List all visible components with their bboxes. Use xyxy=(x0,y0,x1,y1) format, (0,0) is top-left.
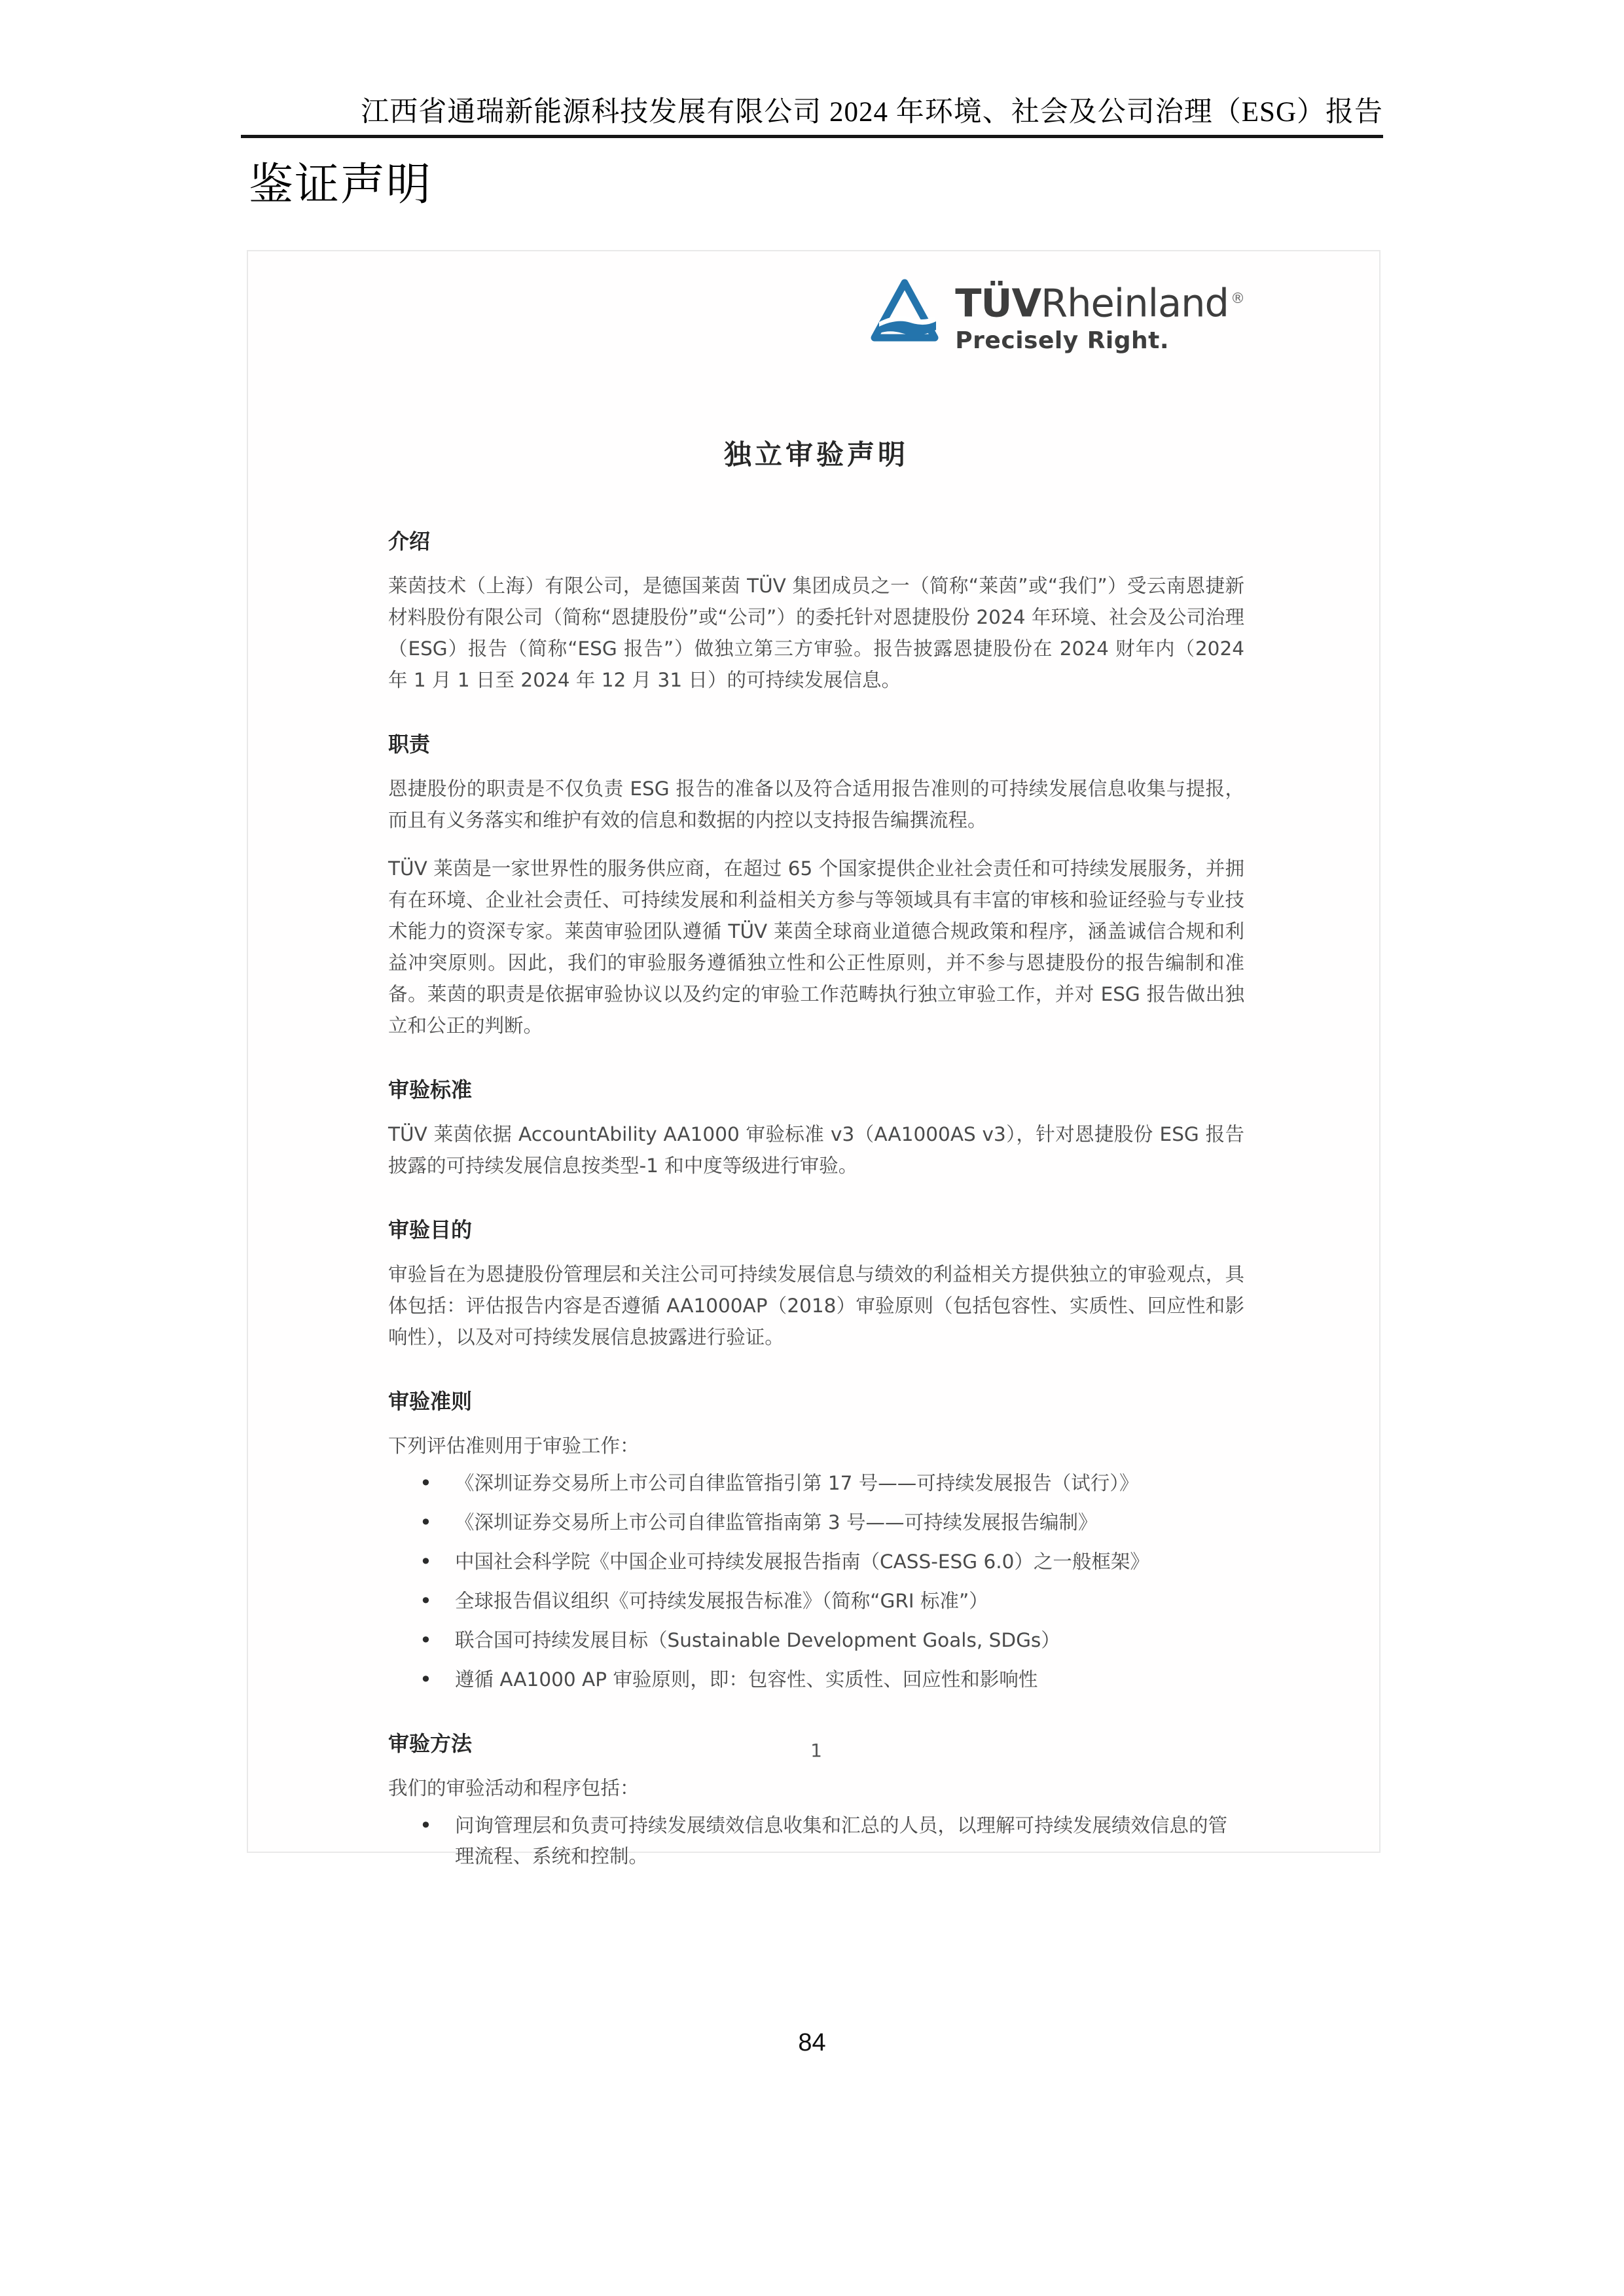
tuv-triangle-icon xyxy=(870,279,939,344)
report-header-title: 江西省通瑞新能源科技发展有限公司 2024 年环境、社会及公司治理（ESG）报告 xyxy=(241,96,1383,130)
list-item: 问询管理层和负责可持续发展绩效信息收集和汇总的人员，以理解可持续发展绩效信息的管… xyxy=(420,1810,1244,1872)
section-heading-assurance-objective: 审验目的 xyxy=(388,1217,1244,1243)
logo-brand-tuv: TÜV xyxy=(955,281,1041,326)
registered-mark: ® xyxy=(1231,291,1244,307)
logo-text-block: TÜVRheinland® Precisely Right. xyxy=(955,279,1244,355)
list-item: 中国社会科学院《中国企业可持续发展报告指南（CASS-ESG 6.0）之一般框架… xyxy=(420,1547,1244,1577)
statement-content: TÜVRheinland® Precisely Right. 独立审验声明 介绍… xyxy=(388,251,1244,1852)
page-title: 鉴证声明 xyxy=(249,149,432,213)
methodology-bullet-list: 问询管理层和负责可持续发展绩效信息收集和汇总的人员，以理解可持续发展绩效信息的管… xyxy=(388,1810,1244,1872)
section-paragraph: 莱茵技术（上海）有限公司，是德国莱茵 TÜV 集团成员之一（简称“莱茵”或“我们… xyxy=(388,570,1244,696)
list-item: 遵循 AA1000 AP 审验原则，即：包容性、实质性、回应性和影响性 xyxy=(420,1664,1244,1695)
logo-tagline: Precisely Right. xyxy=(955,327,1244,355)
section-paragraph: 审验旨在为恩捷股份管理层和关注公司可持续发展信息与绩效的利益相关方提供独立的审验… xyxy=(388,1259,1244,1353)
section-heading-responsibilities: 职责 xyxy=(388,731,1244,757)
section-paragraph: TÜV 莱茵是一家世界性的服务供应商，在超过 65 个国家提供企业社会责任和可持… xyxy=(388,853,1244,1041)
criteria-bullet-list: 《深圳证券交易所上市公司自律监管指引第 17 号——可持续发展报告（试行）》 《… xyxy=(388,1468,1244,1695)
list-item: 《深圳证券交易所上市公司自律监管指引第 17 号——可持续发展报告（试行）》 xyxy=(420,1468,1244,1499)
assurance-statement-document: TÜVRheinland® Precisely Right. 独立审验声明 介绍… xyxy=(247,250,1380,1853)
list-item: 全球报告倡议组织《可持续发展报告标准》（简称“GRI 标准”） xyxy=(420,1586,1244,1617)
embedded-page-number: 1 xyxy=(388,1735,1244,1767)
section-paragraph: 恩捷股份的职责是不仅负责 ESG 报告的准备以及符合适用报告准则的可持续发展信息… xyxy=(388,773,1244,836)
list-item: 《深圳证券交易所上市公司自律监管指南第 3 号——可持续发展报告编制》 xyxy=(420,1507,1244,1538)
section-heading-assurance-criteria: 审验准则 xyxy=(388,1388,1244,1414)
criteria-intro-line: 下列评估准则用于审验工作： xyxy=(388,1430,1244,1462)
section-heading-assurance-standard: 审验标准 xyxy=(388,1077,1244,1103)
tuv-rheinland-logo: TÜVRheinland® Precisely Right. xyxy=(388,251,1244,355)
section-paragraph: TÜV 莱茵依据 AccountAbility AA1000 审验标准 v3（A… xyxy=(388,1119,1244,1181)
header-divider xyxy=(241,135,1383,138)
list-item: 联合国可持续发展目标（Sustainable Development Goals… xyxy=(420,1625,1244,1656)
logo-brand-text: TÜVRheinland® xyxy=(955,279,1244,324)
report-page-number: 84 xyxy=(0,2029,1624,2057)
section-heading-introduction: 介绍 xyxy=(388,528,1244,554)
statement-title: 独立审验声明 xyxy=(388,439,1244,471)
methodology-intro-line: 我们的审验活动和程序包括： xyxy=(388,1772,1244,1804)
logo-brand-rheinland: Rheinland xyxy=(1041,281,1229,326)
